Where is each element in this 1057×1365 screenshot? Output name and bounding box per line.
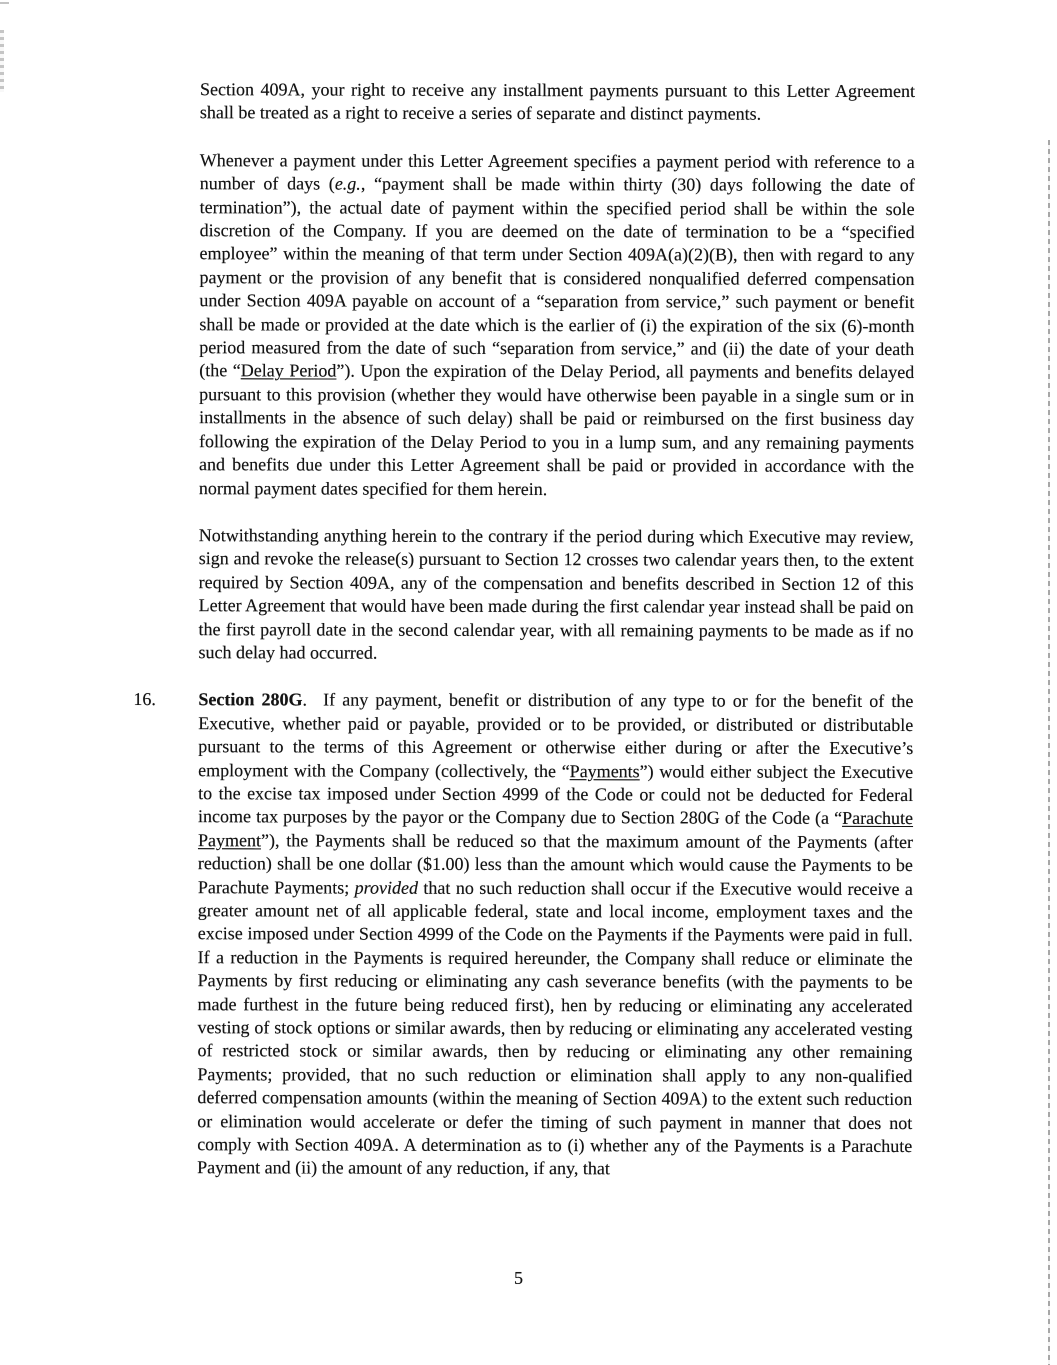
paragraph-release-two-calendar-years: Notwithstanding anything herein to the c… [198, 524, 913, 666]
section-16-body: Section 280G. If any payment, benefit or… [197, 689, 913, 1182]
text-run: that no such reduction shall occur if th… [197, 877, 913, 1178]
text-run: ”). Upon the expiration of the Delay Per… [199, 361, 914, 499]
text-run: Notwithstanding anything herein to the c… [198, 525, 913, 662]
scan-artifact-left-edge [0, 30, 4, 92]
scan-artifact-corner [0, 2, 9, 4]
section-16-number: 16. [133, 688, 198, 712]
text-run: Section 409A, your right to receive any … [200, 79, 915, 124]
document-content: Section 409A, your right to receive any … [132, 78, 925, 1182]
scanned-document-page: Section 409A, your right to receive any … [0, 0, 1057, 1365]
text-run: Payments [570, 761, 640, 781]
scan-artifact-right-edge [1048, 140, 1050, 1365]
text-run: e.g. [335, 174, 361, 194]
text-run: provided [355, 877, 418, 897]
paragraph-section-409a-separate-payments: Section 409A, your right to receive any … [200, 78, 915, 127]
text-run: Delay Period [241, 361, 337, 381]
text-run: , “payment shall be made within thirty (… [199, 174, 915, 381]
page-number: 5 [0, 1268, 1037, 1289]
paragraph-section-409a-payment-timing: Whenever a payment under this Letter Agr… [199, 149, 915, 502]
section-16-item: 16. Section 280G. If any payment, benefi… [132, 688, 923, 1182]
text-run: Section 280G [198, 690, 302, 710]
